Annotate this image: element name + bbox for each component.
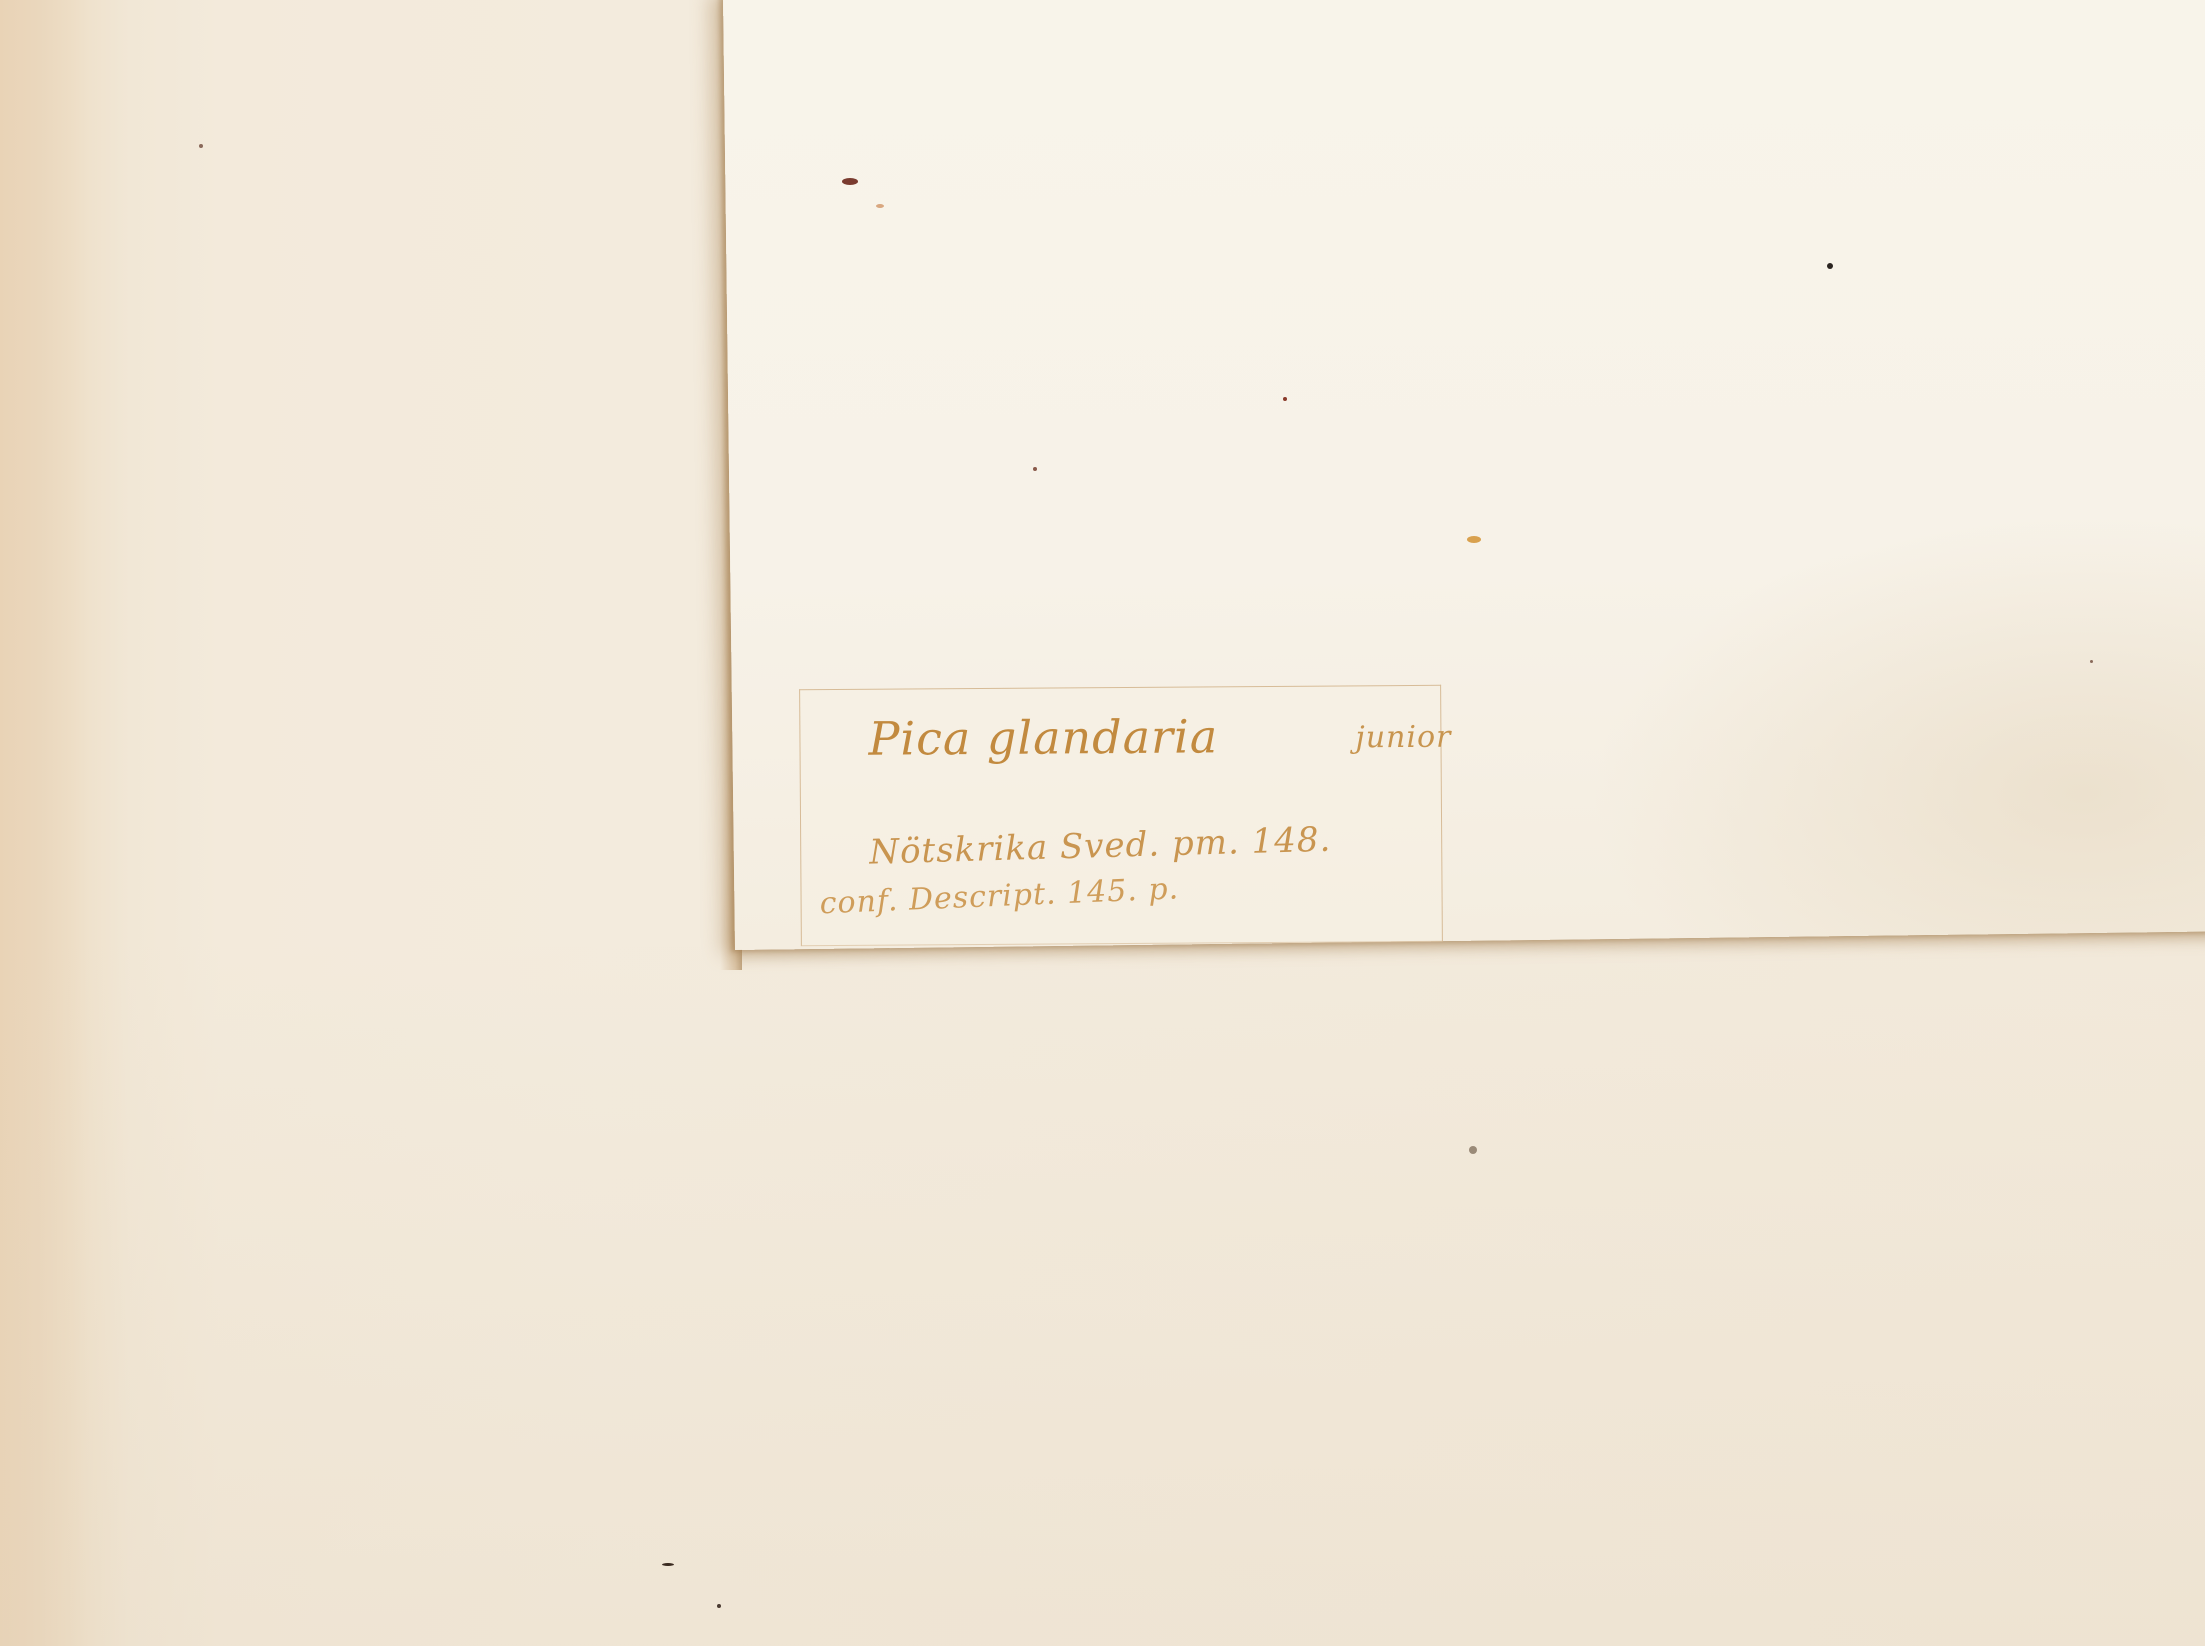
label-vernacular-name: Nötskrika Sved. pm. 148. — [869, 820, 1332, 873]
specimen-label: Pica glandaria junior Nötskrika Sved. pm… — [799, 685, 1443, 946]
label-qualifier: junior — [1355, 720, 1451, 756]
label-reference: conf. Descript. 145. p. — [819, 871, 1180, 921]
label-title: Pica glandaria — [868, 709, 1218, 765]
